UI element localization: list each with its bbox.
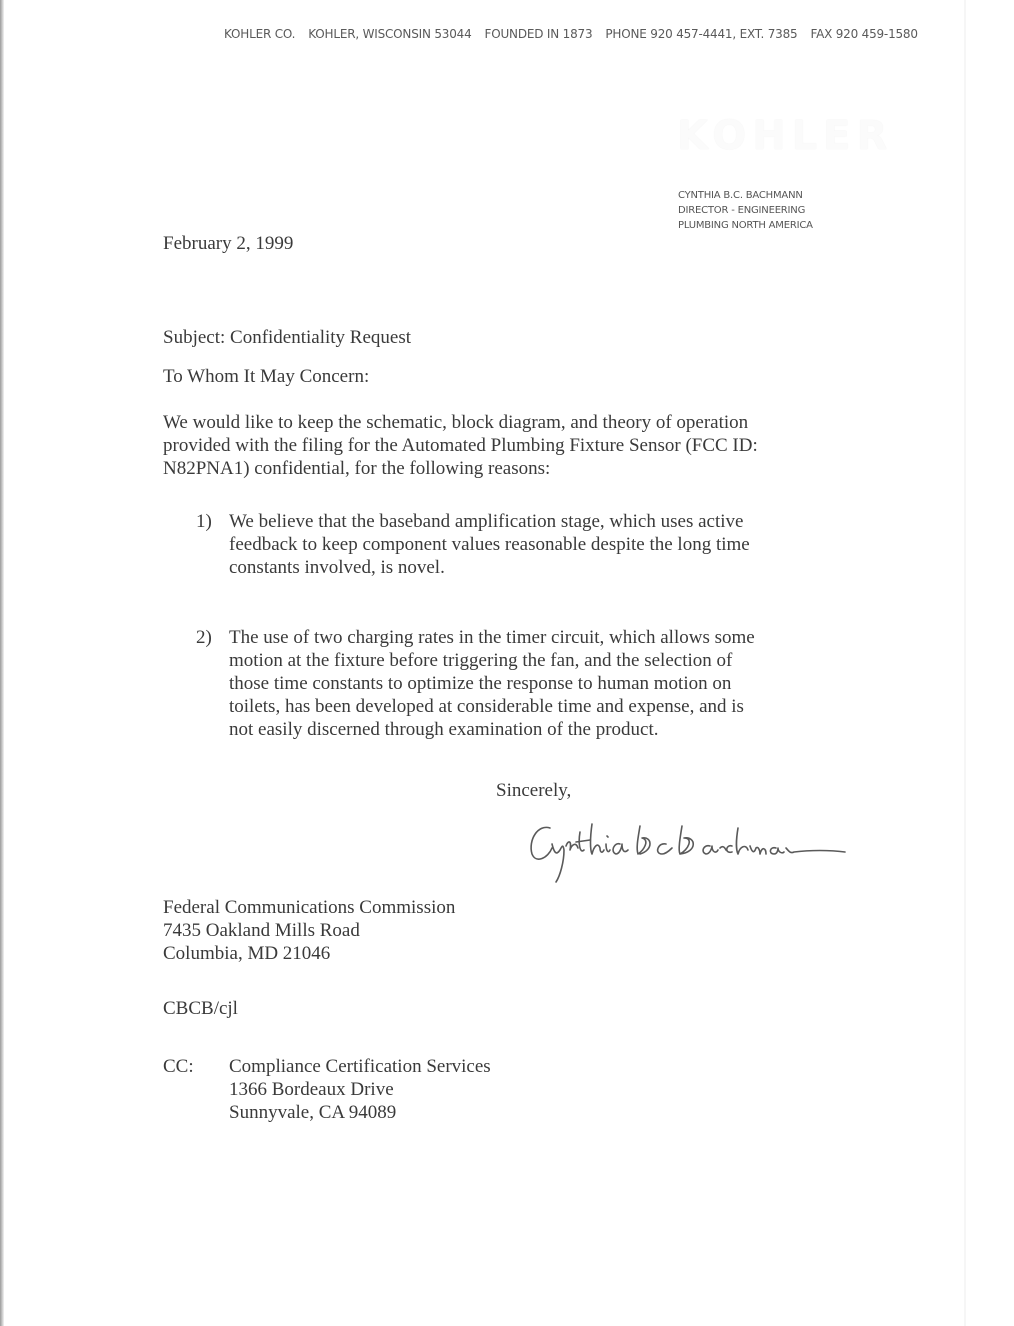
recipient-address: Federal Communications Commission 7435 O…	[163, 896, 455, 965]
reason-1-text: We believe that the baseband amplificati…	[229, 510, 750, 579]
cc-address: Compliance Certification Services 1366 B…	[229, 1055, 491, 1124]
signature-icon	[520, 810, 850, 885]
reason-line: feedback to keep component values reason…	[229, 533, 750, 556]
salutation: To Whom It May Concern:	[163, 365, 369, 388]
cc-line: Compliance Certification Services	[229, 1055, 491, 1078]
reference-initials: CBCB/cjl	[163, 997, 238, 1020]
intro-line: provided with the filing for the Automat…	[163, 434, 758, 457]
letterhead-phone: PHONE 920 457-4441, EXT. 7385	[605, 27, 797, 41]
reason-2-text: The use of two charging rates in the tim…	[229, 626, 755, 741]
cc-line: Sunnyvale, CA 94089	[229, 1101, 491, 1124]
reason-1-number: 1)	[196, 510, 212, 533]
reason-line: motion at the fixture before triggering …	[229, 649, 755, 672]
cc-line: 1366 Bordeaux Drive	[229, 1078, 491, 1101]
letterhead-founded: FOUNDED IN 1873	[485, 27, 593, 41]
reason-2-number: 2)	[196, 626, 212, 649]
letterhead: KOHLER CO.KOHLER, WISCONSIN 53044FOUNDED…	[224, 27, 931, 41]
letter-subject: Subject: Confidentiality Request	[163, 326, 411, 349]
sender-division: PLUMBING NORTH AMERICA	[678, 218, 813, 233]
intro-line: N82PNA1) confidential, for the following…	[163, 457, 758, 480]
letterhead-company: KOHLER CO.	[224, 27, 295, 41]
reason-line: The use of two charging rates in the tim…	[229, 626, 755, 649]
closing: Sincerely,	[496, 779, 571, 802]
reason-line: We believe that the baseband amplificati…	[229, 510, 750, 533]
reason-line: those time constants to optimize the res…	[229, 672, 755, 695]
recipient-line: Columbia, MD 21046	[163, 942, 455, 965]
sender-block: CYNTHIA B.C. BACHMANN DIRECTOR - ENGINEE…	[678, 188, 813, 233]
intro-paragraph: We would like to keep the schematic, blo…	[163, 411, 758, 480]
reason-line: toilets, has been developed at considera…	[229, 695, 755, 718]
recipient-line: 7435 Oakland Mills Road	[163, 919, 455, 942]
reason-line: not easily discerned through examination…	[229, 718, 755, 741]
sender-name: CYNTHIA B.C. BACHMANN	[678, 188, 813, 203]
cc-label: CC:	[163, 1055, 194, 1078]
recipient-line: Federal Communications Commission	[163, 896, 455, 919]
sender-title: DIRECTOR - ENGINEERING	[678, 203, 813, 218]
kohler-logo: KOHLER	[677, 116, 847, 156]
scan-edge-left	[0, 0, 4, 1326]
letterhead-location: KOHLER, WISCONSIN 53044	[308, 27, 471, 41]
intro-line: We would like to keep the schematic, blo…	[163, 411, 758, 434]
scan-edge-right	[964, 0, 966, 1326]
letterhead-fax: FAX 920 459-1580	[810, 27, 917, 41]
reason-line: constants involved, is novel.	[229, 556, 750, 579]
letter-date: February 2, 1999	[163, 232, 293, 255]
